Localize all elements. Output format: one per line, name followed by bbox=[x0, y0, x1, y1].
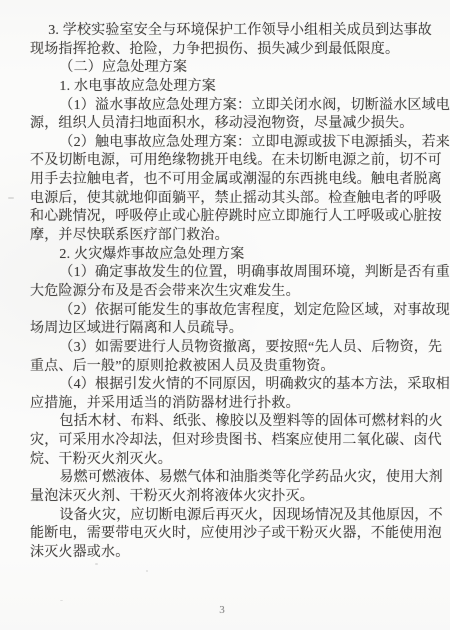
document-body: 3. 学校实验室安全与环境保护工作领导小组相关成员到达事故现场指挥抢救、抢险，力… bbox=[30, 22, 424, 563]
text-line: 源，组织人员清扫地面积水，移动浸泡物资，尽量减少损失。 bbox=[30, 115, 424, 134]
text-line: （2）触电事故应急处理方案：立即电源或拔下电源插头，若来 bbox=[30, 134, 424, 153]
text-line: （4）根据引发火情的不同原因，明确救灾的基本方法，采取相 bbox=[30, 376, 424, 395]
text-line: （2）依据可能发生的事故危害程度，划定危险区域，对事故现 bbox=[30, 302, 424, 321]
text-line: 应措施，并采用适当的消防器材进行扑救。 bbox=[30, 395, 424, 414]
text-line: 灾，可采用水冷却法，但对珍贵图书、档案应使用二氧化碳、卤代 bbox=[30, 432, 424, 451]
text-line: 量泡沫灭火剂、干粉灭火剂将液体火灾扑灭。 bbox=[30, 488, 424, 507]
text-line: 沫灭火器或水。 bbox=[30, 544, 424, 563]
text-line: 1. 水电事故应急处理方案 bbox=[30, 78, 424, 97]
text-line: 场周边区域进行隔离和人员疏导。 bbox=[30, 320, 424, 339]
document-page: 3. 学校实验室安全与环境保护工作领导小组相关成员到达事故现场指挥抢救、抢险，力… bbox=[0, 0, 450, 630]
text-line: 2. 火灾爆炸事故应急处理方案 bbox=[30, 246, 424, 265]
scan-speckle bbox=[95, 563, 98, 565]
text-line: 电源后，使其就地仰面躺平，禁止摇动其头部。检查触电者的呼吸 bbox=[30, 190, 424, 209]
text-line: 摩，并尽快联系医疗部门救治。 bbox=[30, 227, 424, 246]
text-line: 烷、干粉灭火剂灭火。 bbox=[30, 451, 424, 470]
text-line: 设备火灾，应切断电源后再灭火，因现场情况及其他原因，不 bbox=[30, 507, 424, 526]
text-line: 能断电，需要带电灭火时，应使用沙子或干粉灭火器，不能使用泡 bbox=[30, 525, 424, 544]
text-line: 和心跳情况，呼吸停止或心脏停跳时应立即施行人工呼吸或心脏按 bbox=[30, 208, 424, 227]
text-line: 易燃可燃液体、易燃气体和油脂类等化学药品火灾，使用大剂 bbox=[30, 469, 424, 488]
text-line: 用手去拉触电者，也不可用金属或潮湿的东西挑电线。触电者脱离 bbox=[30, 171, 424, 190]
text-line: 包括木材、布料、纸张、橡胶以及塑料等的固体可燃材料的火 bbox=[30, 413, 424, 432]
scan-speckle bbox=[60, 600, 63, 601]
text-line: 3. 学校实验室安全与环境保护工作领导小组相关成员到达事故 bbox=[30, 22, 424, 41]
text-line: （3）如需要进行人员物资撤离，要按照“先人员、后物资，先 bbox=[30, 339, 424, 358]
scan-speckle bbox=[146, 570, 148, 572]
text-line: 不及切断电源，可用绝缘物挑开电线。在未切断电源之前，切不可 bbox=[30, 152, 424, 171]
text-line: （二）应急处理方案 bbox=[30, 59, 424, 78]
text-line: 重点、后一般”的原则抢救被困人员及贵重物资。 bbox=[30, 358, 424, 377]
page-number: 3 bbox=[0, 604, 444, 616]
text-line: 现场指挥抢救、抢险，力争把损伤、损失减少到最低限度。 bbox=[30, 41, 424, 60]
text-line: 大危险源分布及是否会带来次生灾难发生。 bbox=[30, 283, 424, 302]
scan-speckle bbox=[8, 197, 14, 199]
text-line: （1）溢水事故应急处理方案：立即关闭水阀，切断溢水区域电 bbox=[30, 97, 424, 116]
text-line: （1）确定事故发生的位置，明确事故周围环境，判断是否有重 bbox=[30, 264, 424, 283]
